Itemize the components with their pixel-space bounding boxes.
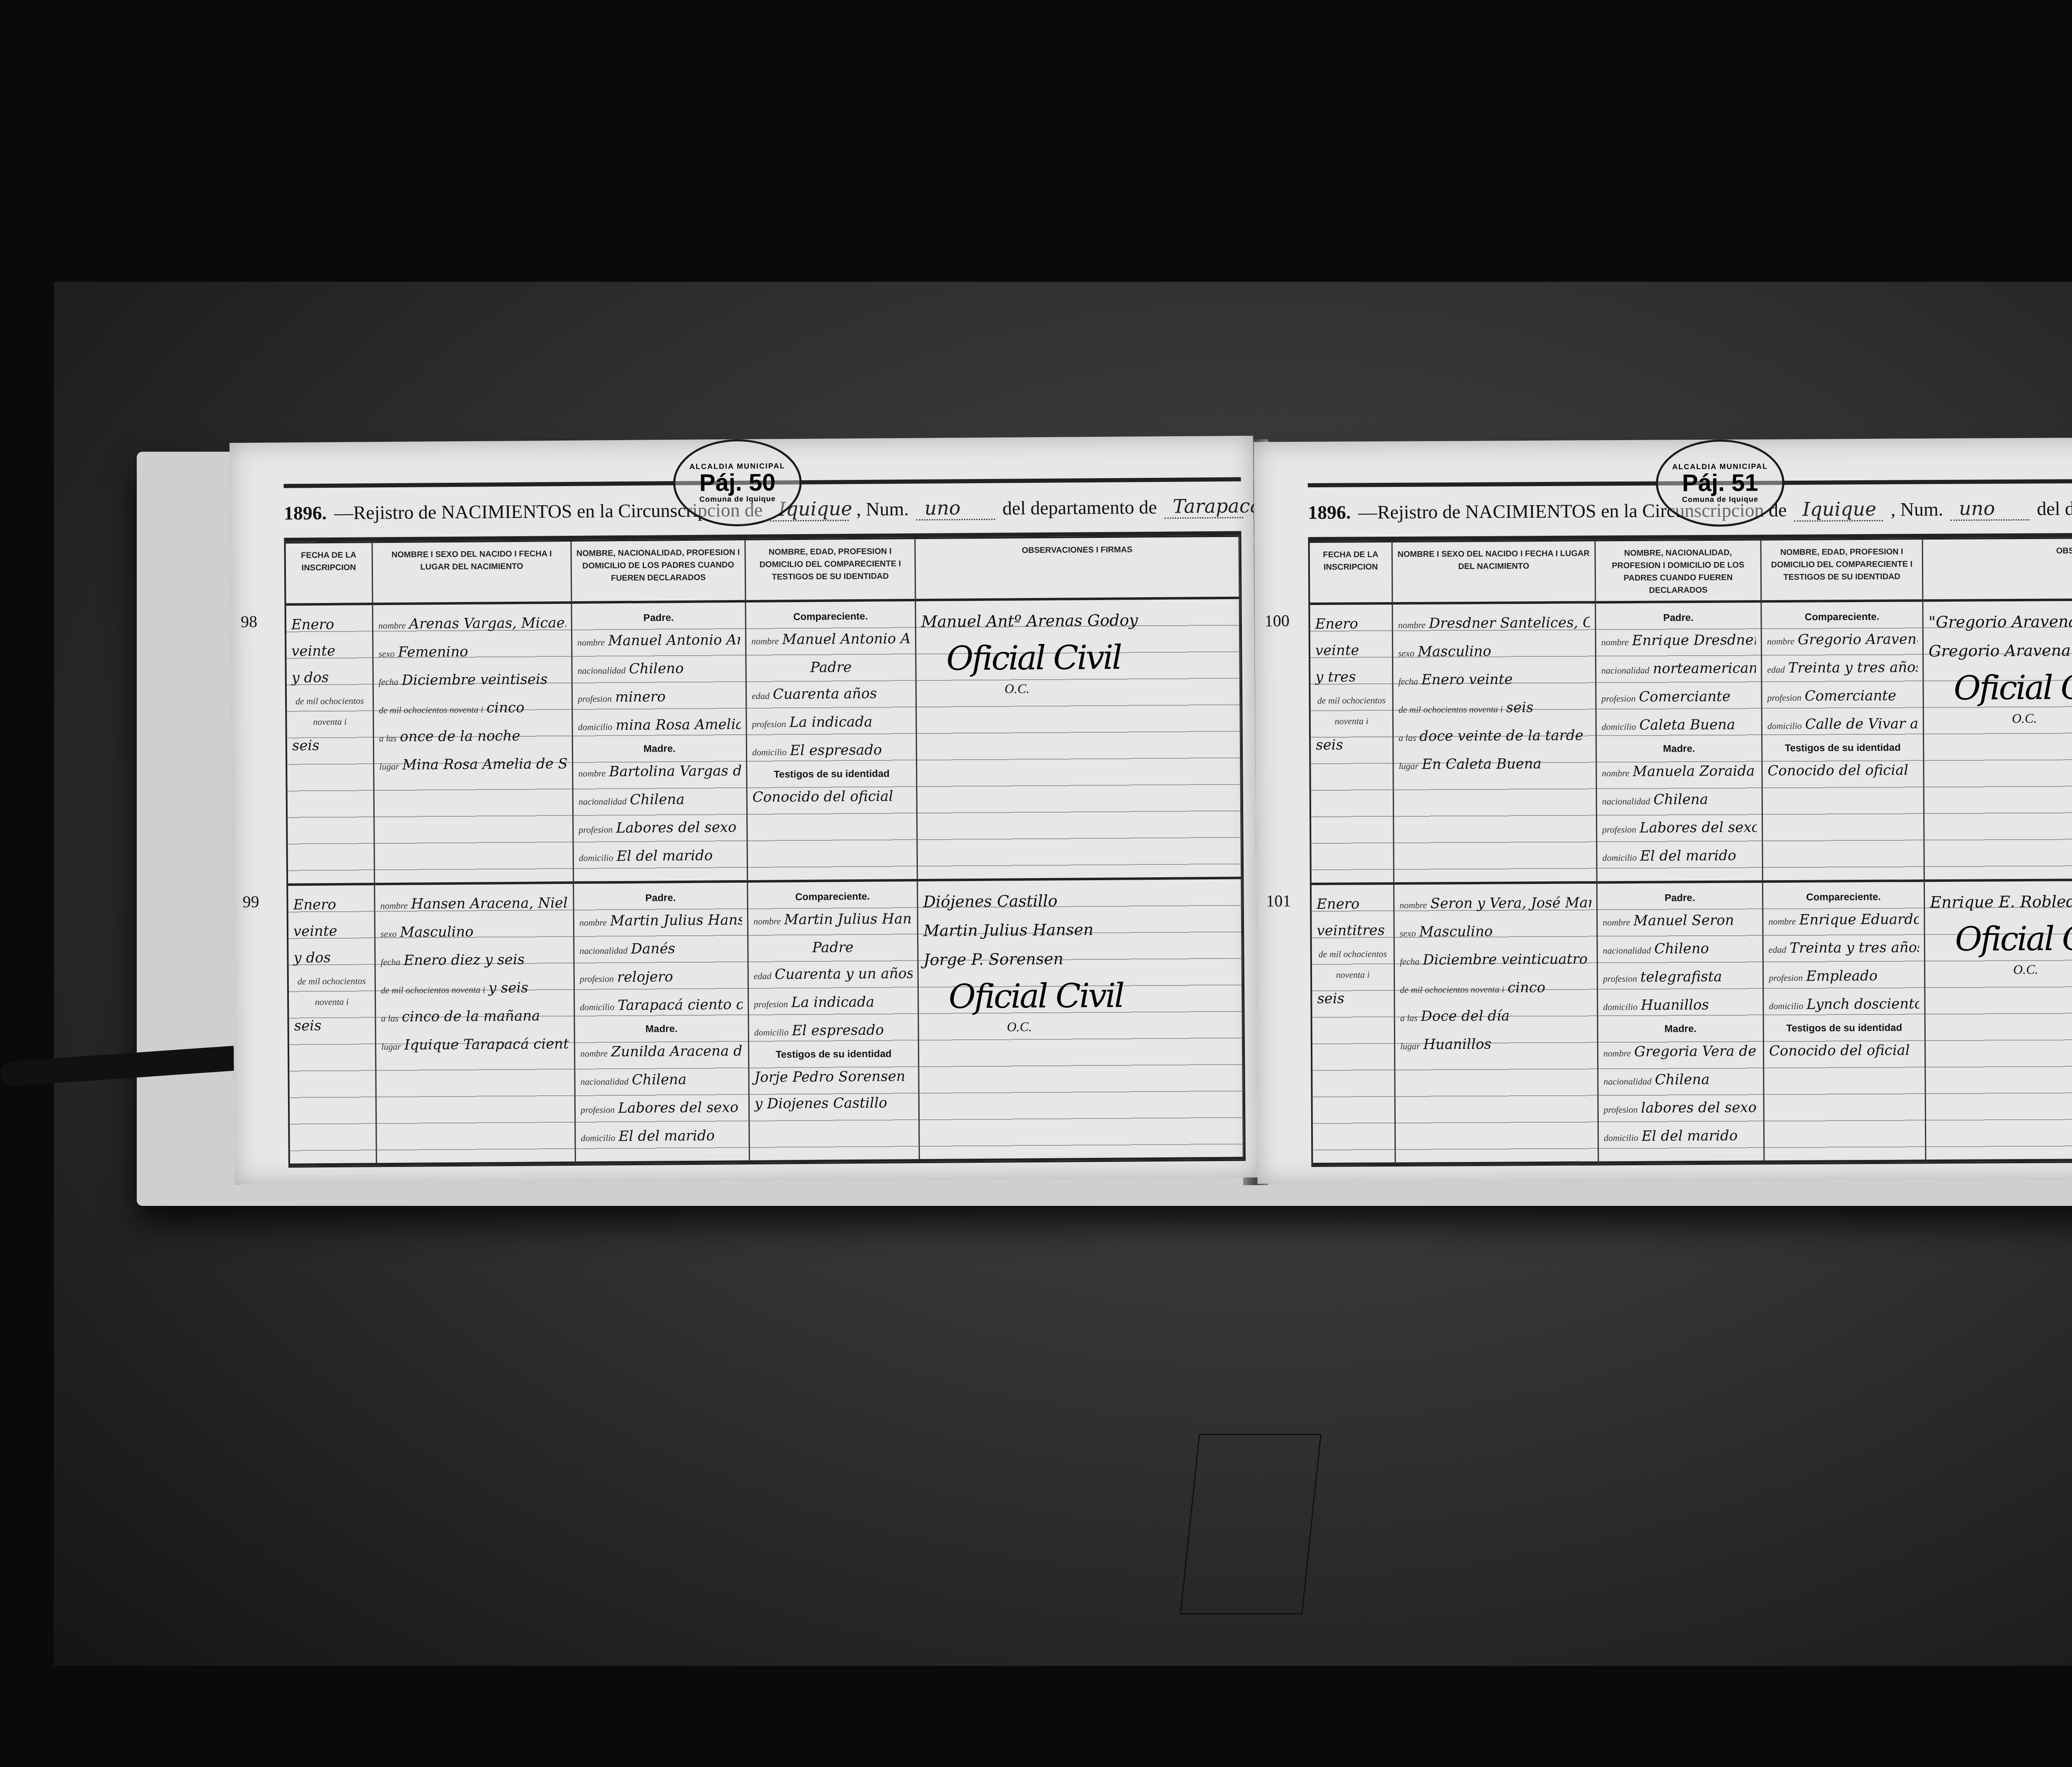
nacido-fecha: fechaDiciembre veinticuatro — [1400, 946, 1592, 975]
madre-profesion-label: profesion — [581, 1104, 615, 1115]
padre-nombre-value: Enrique Dresdner Graupe — [1632, 632, 1756, 649]
padre-nacionalidad-label: nacionalidad — [1601, 665, 1649, 676]
padre-profesion-value: Comerciante — [1639, 688, 1731, 705]
nacido-hora-label: a las — [1399, 733, 1416, 743]
padre-profesion-label: profesion — [578, 693, 612, 704]
madre-nombre-label: nombre — [580, 1048, 608, 1058]
fecha-insc-year: seis — [1316, 731, 1387, 758]
fecha-insc-month: Enero — [291, 611, 367, 638]
fecha-insc-year: seis — [1317, 985, 1389, 1012]
fecha-insc-day: veinte — [1315, 637, 1387, 664]
entry-number: 99 — [242, 892, 259, 911]
nacido-anio-value: cinco — [487, 700, 525, 716]
madre-domicilio: domicilioEl del marido — [579, 842, 742, 871]
madre-domicilio-value: El del marido — [617, 847, 713, 865]
padre-domicilio-label: domicilio — [1603, 1002, 1637, 1012]
nacido-sexo-label: sexo — [380, 929, 397, 939]
padre-nombre: nombreManuel Antonio Arenas Godoi — [577, 627, 740, 656]
nacido-hora-value: cinco de la mañana — [402, 1007, 540, 1025]
official-initials: O.C. — [1007, 1018, 1237, 1035]
madre-nacionalidad-value: Chilena — [632, 1071, 687, 1088]
nacido-anio-label: de mil ochocientos noventa i — [1400, 984, 1504, 995]
testigos-value: Jorje Pedro Sorensen y Diojenes Castillo — [754, 1063, 913, 1117]
compareciente-nombre-label: nombre — [1767, 636, 1795, 646]
padre-domicilio-value: Huanillos — [1641, 997, 1709, 1014]
compareciente-domicilio-label: domicilio — [1767, 721, 1802, 731]
madre-nacionalidad-label: nacionalidad — [579, 796, 627, 807]
padre-profesion-value: relojero — [617, 968, 673, 985]
compareciente-heading: Compareciente. — [1767, 608, 1917, 627]
nacido-anio-label: de mil ochocientos noventa i — [381, 984, 485, 995]
madre-nacionalidad-label: nacionalidad — [1602, 796, 1650, 807]
entry-padres: Padre. nombreManuel Antonio Arenas Godoi… — [572, 603, 748, 884]
surface-mark — [1180, 1434, 1322, 1615]
padre-profesion-label: profesion — [580, 973, 614, 984]
madre-profesion-label: profesion — [579, 824, 612, 835]
nacido-nombre: nombreHansen Aracena, Niels Peter — [380, 890, 568, 919]
compareciente-heading: Compareciente. — [1768, 888, 1919, 907]
padre-nacionalidad: nacionalidadChileno — [1603, 935, 1757, 964]
stamp-page-number: Páj. 50 — [699, 470, 775, 495]
padre-nombre: nombreEnrique Dresdner Graupe — [1601, 627, 1756, 656]
madre-profesion: profesionLabores del sexo — [581, 1094, 743, 1123]
compareciente-relacion: Padre — [751, 654, 910, 681]
nacido-nombre: nombreSeron y Vera, José María — [1399, 889, 1591, 918]
nacido-anio: de mil ochocientos noventa icinco — [1400, 974, 1592, 1003]
entry-padres: Padre. nombreMartin Julius Hansen Johans… — [574, 883, 750, 1164]
nacido-anio: de mil ochocientos noventa iy seis — [381, 974, 569, 1004]
padre-profesion: profesionminero — [578, 683, 741, 712]
nacido-nombre: nombreDresdner Santelices, Oscar Gregori… — [1398, 609, 1590, 638]
nacido-fecha-label: fecha — [1398, 676, 1418, 687]
official-signature: Oficial Civil — [949, 972, 1237, 1020]
official-signature: Oficial Civil — [946, 634, 1234, 682]
right-page: 1896. —Rejistro de NACIMIENTOS en la Cir… — [1254, 436, 2072, 1184]
madre-nacionalidad: nacionalidadChilena — [579, 786, 741, 815]
entry-number: 101 — [1266, 891, 1291, 910]
nacido-sexo-value: Masculino — [1419, 923, 1493, 940]
compareciente-edad-value: Cuarenta años — [773, 685, 877, 703]
fecha-insc-printed: de mil ochocientos noventa i — [1317, 944, 1389, 985]
nacido-nombre-label: nombre — [1398, 620, 1426, 630]
madre-domicilio-label: domicilio — [579, 852, 613, 863]
padre-nombre-label: nombre — [1601, 637, 1629, 647]
padre-nacionalidad-label: nacionalidad — [578, 665, 626, 676]
madre-nacionalidad-value: Chilena — [1653, 791, 1708, 808]
column-header-4: Observaciones i firmas — [915, 537, 1240, 601]
nacido-fecha-label: fecha — [1400, 956, 1420, 967]
compareciente-domicilio-value: Calle de Vivar altos de la Agencia El Có… — [1805, 714, 1918, 733]
compareciente-domicilio: domicilioEl espresado — [752, 736, 911, 766]
nacido-hora-value: once de la noche — [400, 728, 520, 745]
madre-nombre-label: nombre — [578, 768, 606, 778]
madre-profesion-value: labores del sexo — [1641, 1099, 1757, 1116]
entry-observaciones: "Gregorio Aravena" = enmendado vale. Gre… — [1923, 600, 2072, 882]
padre-profesion-label: profesion — [1603, 973, 1637, 984]
compareciente-domicilio: domicilioCalle de Vivar altos de la Agen… — [1767, 710, 1918, 739]
fecha-insc-month: Enero — [293, 891, 369, 918]
padre-nombre-value: Martin Julius Hansen Johansen — [610, 911, 742, 929]
padre-profesion-value: telegrafista — [1640, 968, 1722, 985]
nacido-lugar-label: lugar — [1399, 761, 1418, 771]
fecha-insc-month: Enero — [1317, 891, 1388, 917]
compareciente-edad: edadCuarenta años — [752, 680, 910, 709]
madre-nombre-label: nombre — [1603, 1048, 1631, 1058]
nacido-fecha: fechaEnero veinte — [1398, 666, 1590, 695]
nacido-hora-value: doce veinte de la tarde — [1419, 727, 1583, 745]
madre-nombre-value: Zunilda Aracena de Hansen — [611, 1042, 743, 1060]
nacido-nombre-value: Dresdner Santelices, Oscar Gregorio — [1429, 614, 1590, 632]
padre-nacionalidad-value: norteamericano — [1653, 660, 1756, 677]
entry-compareciente: Compareciente. nombreEnrique Eduardo Rob… — [1763, 882, 1927, 1163]
madre-nacionalidad-value: Chilena — [630, 791, 685, 808]
nacido-anio: de mil ochocientos noventa iseis — [1399, 694, 1590, 723]
compareciente-profesion-label: profesion — [1767, 692, 1801, 703]
nacido-anio: de mil ochocientos noventa icinco — [379, 694, 566, 724]
official-signature: Oficial Civil — [1953, 664, 2072, 711]
padre-heading: Padre. — [1602, 888, 1757, 908]
nacido-nombre: nombreArenas Vargas, Micaela — [378, 610, 566, 639]
padre-domicilio-value: Tarapacá ciento cincuenta y cinco — [617, 995, 743, 1014]
entry-number: 100 — [1264, 611, 1289, 630]
compareciente-domicilio-label: domicilio — [754, 1027, 789, 1038]
official-signature: Oficial Civil — [1955, 915, 2072, 962]
madre-nombre-label: nombre — [1602, 768, 1629, 778]
entry-padres: Padre. nombreManuel Seron nacionalidadCh… — [1598, 883, 1765, 1164]
madre-domicilio-value: El del marido — [1640, 847, 1736, 864]
compareciente-edad-value: Cuarenta y un años — [775, 965, 913, 983]
nacido-anio-value: y seis — [489, 980, 528, 997]
compareciente-nombre-value: Martin Julius Hansen — [784, 910, 912, 928]
padre-domicilio-label: domicilio — [578, 721, 612, 732]
column-header-2: Nombre, nacionalidad, profesion i domici… — [571, 540, 746, 604]
entry-fecha-inscripcion: 99 Enero veinte y dos de mil ochocientos… — [288, 885, 377, 1166]
padre-profesion: profesionComerciante — [1601, 683, 1756, 712]
madre-nacionalidad: nacionalidadChilena — [1602, 786, 1757, 815]
entry-nacido: nombreHansen Aracena, Niels Peter sexoMa… — [375, 884, 576, 1165]
madre-heading: Madre. — [1602, 739, 1756, 758]
column-header-1: Nombre i sexo del nacido i fecha i lugar… — [373, 542, 572, 605]
fecha-insc-day-2: y tres — [1315, 663, 1387, 690]
signature: Jorge P. Sorensen — [923, 943, 1236, 974]
madre-domicilio: domicilioEl del marido — [1602, 842, 1757, 871]
signature: Gregorio Aravena — [1929, 635, 2072, 666]
departamento-value: Tarapacá — [1164, 494, 1243, 518]
padre-domicilio-value: mina Rosa Amelia de Santa Rosa — [616, 715, 741, 733]
testigos-value: Conocido del oficial — [753, 783, 911, 811]
official-initials: O.C. — [2012, 709, 2072, 726]
compareciente-domicilio-label: domicilio — [752, 747, 787, 758]
nacido-lugar: lugarMina Rosa Amelia de Santa Rosa — [379, 750, 567, 780]
dept-label: del departamento de — [2037, 496, 2072, 519]
nacido-lugar-label: lugar — [1400, 1041, 1420, 1051]
dept-label: del departamento de — [1002, 496, 1157, 519]
padre-nombre-label: nombre — [1602, 917, 1630, 927]
compareciente-domicilio: domicilioLynch doscientos cincuenta y tr… — [1769, 990, 1919, 1019]
nacido-sexo: sexoFemenino — [378, 638, 566, 667]
compareciente-profesion-value: Comerciante — [1805, 687, 1896, 704]
madre-nombre: nombreManuela Zoraida Santelices de Dres… — [1602, 758, 1756, 787]
padre-nombre: nombreManuel Seron — [1602, 907, 1757, 936]
madre-nacionalidad: nacionalidadChilena — [580, 1066, 743, 1095]
madre-heading: Madre. — [578, 739, 741, 759]
padre-nombre-label: nombre — [577, 637, 605, 647]
nacido-fecha-value: Enero veinte — [1421, 671, 1513, 688]
nacido-hora: a lasDoce del día — [1400, 1002, 1592, 1031]
madre-nombre-value: Gregoria Vera de Seron — [1634, 1043, 1758, 1060]
padre-heading: Padre. — [1601, 608, 1755, 627]
nacido-lugar-value: Mina Rosa Amelia de Santa Rosa — [402, 755, 567, 773]
compareciente-edad-label: edad — [752, 691, 770, 701]
nacido-anio-value: cinco — [1508, 979, 1546, 996]
column-header-1: Nombre i sexo del nacido i fecha i lugar… — [1393, 541, 1596, 605]
madre-profesion-label: profesion — [1602, 824, 1636, 835]
madre-domicilio-label: domicilio — [1604, 1133, 1638, 1143]
municipal-stamp: ALCALDIA MUNICIPAL Páj. 50 Comuna de Iqu… — [673, 439, 802, 527]
padre-domicilio: domicilioCaleta Buena — [1602, 711, 1756, 740]
column-header-0: Fecha de la inscripcion — [1310, 542, 1393, 605]
padre-domicilio: domicilioTarapacá ciento cincuenta y cin… — [580, 991, 743, 1021]
nacido-lugar: lugarIquique Tarapacá ciento cincuenta y… — [381, 1031, 569, 1060]
column-header-3: Nombre, edad, profesion i domicilio del … — [1762, 540, 1924, 603]
nacido-hora: a lasdoce veinte de la tarde — [1399, 722, 1590, 751]
padre-domicilio-label: domicilio — [580, 1002, 614, 1012]
padre-nacionalidad-value: Danés — [631, 940, 675, 957]
official-initials: O.C. — [2013, 961, 2072, 978]
madre-domicilio: domicilioEl del marido — [1604, 1122, 1758, 1151]
stamp-page-number: Páj. 51 — [1682, 471, 1758, 495]
column-header-2: Nombre, nacionalidad, profesion i domici… — [1596, 540, 1762, 603]
nacido-fecha: fechaEnero diez y seis — [380, 946, 568, 975]
entry-nacido: nombreSeron y Vera, José María sexoMascu… — [1394, 883, 1599, 1165]
testigos-heading: Testigos de su identidad — [752, 765, 911, 784]
padre-domicilio-label: domicilio — [1602, 721, 1636, 732]
nacido-anio-value: seis — [1506, 699, 1533, 716]
nacido-nombre-value: Arenas Vargas, Micaela — [409, 615, 566, 632]
madre-nacionalidad: nacionalidadChilena — [1603, 1066, 1758, 1095]
padre-profesion-label: profesion — [1602, 693, 1636, 704]
compareciente-profesion-label: profesion — [752, 719, 786, 729]
compareciente-edad-value: Treinta y tres años — [1789, 939, 1919, 956]
compareciente-heading: Compareciente. — [753, 887, 912, 907]
fecha-insc-day: veintitres — [1317, 917, 1388, 944]
entry-nacido: nombreDresdner Santelices, Oscar Gregori… — [1393, 603, 1598, 885]
padre-nacionalidad-value: Chileno — [629, 660, 684, 677]
entry-padres: Padre. nombreEnrique Dresdner Graupe nac… — [1596, 603, 1763, 883]
entry-observaciones: Diójenes CastilloMartin Julius HansenJor… — [918, 879, 1244, 1162]
stamp-bottom-text: Comuna de Iquique — [700, 494, 776, 503]
nacido-hora-label: a las — [1400, 1013, 1418, 1023]
madre-domicilio-label: domicilio — [581, 1133, 615, 1143]
compareciente-profesion-label: profesion — [754, 999, 788, 1009]
compareciente-edad-value: Treinta y tres años — [1788, 659, 1918, 676]
testigos-value: Conocido del oficial — [1769, 1037, 1920, 1064]
nacido-sexo: sexoMasculino — [380, 918, 568, 947]
compareciente-domicilio: domicilioEl espresado — [754, 1017, 913, 1046]
entry-fecha-inscripcion: 101 Enero veintitres de mil ochocientos … — [1312, 885, 1396, 1165]
nacido-fecha-label: fecha — [380, 957, 400, 967]
compareciente-nombre-label: nombre — [753, 916, 781, 926]
circunscripcion-value: Iquique — [1794, 497, 1883, 521]
nacido-sexo: sexoMasculino — [1399, 917, 1591, 946]
nacido-sexo: sexoMasculino — [1398, 637, 1590, 666]
official-initials: O.C. — [1005, 680, 1234, 697]
compareciente-edad-label: edad — [1767, 664, 1785, 675]
madre-profesion-value: Labores del sexo — [616, 819, 736, 836]
padre-domicilio: domicilioHuanillos — [1603, 991, 1757, 1020]
register-table: Fecha de la inscripcionNombre i sexo del… — [1308, 536, 2072, 1167]
madre-nacionalidad-label: nacionalidad — [1603, 1076, 1651, 1087]
num-label: , Num. — [856, 498, 909, 520]
padre-heading: Padre. — [579, 888, 742, 908]
compareciente-profesion-value: Empleado — [1806, 968, 1878, 985]
nacido-nombre-label: nombre — [380, 900, 408, 911]
compareciente-profesion: profesionLa indicada — [754, 988, 913, 1018]
observacion-note: "Gregorio Aravena" = enmendado vale. — [1928, 606, 2072, 637]
compareciente-profesion: profesionComerciante — [1767, 682, 1917, 711]
compareciente-nombre-label: nombre — [751, 636, 779, 646]
fecha-insc-year: seis — [294, 1012, 370, 1039]
nacido-anio-label: de mil ochocientos noventa i — [1399, 704, 1503, 715]
madre-domicilio-label: domicilio — [1602, 852, 1637, 863]
padre-profesion: profesionrelojero — [580, 963, 743, 992]
testigos-heading: Testigos de su identidad — [1769, 1019, 1920, 1038]
nacido-sexo-label: sexo — [1399, 928, 1416, 939]
register-year: 1896. — [1308, 501, 1351, 523]
compareciente-profesion-value: La indicada — [791, 994, 874, 1011]
column-header-3: Nombre, edad, profesion i domicilio del … — [746, 539, 916, 603]
entry-observaciones: Manuel Antº Arenas Godoy Oficial Civil O… — [916, 599, 1242, 881]
nacido-lugar-value: En Caleta Buena — [1422, 755, 1542, 773]
left-page: 1896. —Rejistro de NACIMIENTOS en la Cir… — [230, 436, 1258, 1184]
nacido-lugar-value: Huanillos — [1423, 1036, 1491, 1053]
compareciente-edad: edadCuarenta y un años — [754, 960, 913, 990]
fecha-insc-day: veinte — [291, 637, 367, 664]
nacido-nombre-label: nombre — [1399, 900, 1427, 910]
num-value: uno — [1951, 496, 2029, 520]
madre-heading: Madre. — [580, 1019, 743, 1039]
column-header-4: Observaciones i firmas — [1923, 537, 2072, 602]
nacido-sexo-value: Masculino — [400, 924, 474, 941]
signature: Diójenes Castillo — [923, 885, 1236, 916]
fecha-insc-printed: de mil ochocientos noventa i — [1315, 690, 1387, 732]
municipal-stamp: ALCALDIA MUNICIPAL Páj. 51 Comuna de Iqu… — [1656, 439, 1784, 527]
compareciente-nombre: nombreGregorio Aravena, encargado del Pa… — [1767, 626, 1917, 655]
padre-nacionalidad-label: nacionalidad — [1603, 945, 1651, 956]
entry-observaciones: Enrique E. Robledo Oficial Civil O.C. — [1925, 880, 2072, 1162]
testigos-heading: Testigos de su identidad — [1767, 738, 1918, 758]
fecha-insc-month: Enero — [1315, 610, 1387, 637]
madre-profesion: profesionLabores del sexo — [579, 814, 741, 843]
num-value: uno — [916, 496, 995, 520]
stamp-bottom-text: Comuna de Iquique — [1682, 495, 1758, 504]
compareciente-edad-label: edad — [754, 971, 772, 981]
padre-nacionalidad-value: Chileno — [1654, 940, 1709, 957]
madre-nombre: nombreBartolina Vargas de Arenas — [578, 758, 741, 787]
nacido-nombre-value: Seron y Vera, José María — [1430, 894, 1591, 912]
entry-nacido: nombreArenas Vargas, Micaela sexoFemenin… — [373, 604, 574, 885]
nacido-lugar: lugarHuanillos — [1400, 1030, 1592, 1059]
fecha-insc-year: seis — [292, 732, 368, 759]
compareciente-nombre: nombreEnrique Eduardo Robledo Torres, En… — [1768, 906, 1919, 935]
compareciente-edad: edadTreinta y tres años — [1769, 934, 1919, 963]
entry-number: 98 — [241, 612, 257, 631]
compareciente-nombre: nombreManuel Antonio Arenas G. — [751, 625, 910, 655]
testigos-value: Conocido del oficial — [1767, 757, 1918, 784]
padre-nombre-label: nombre — [579, 917, 607, 927]
nacido-nombre-label: nombre — [378, 620, 406, 631]
num-label: , Num. — [1891, 498, 1944, 520]
nacido-hora-value: Doce del día — [1421, 1007, 1510, 1024]
madre-heading: Madre. — [1603, 1019, 1758, 1038]
nacido-lugar-value: Iquique Tarapacá ciento cincuenta y cinc… — [404, 1035, 569, 1053]
signature: Martin Julius Hansen — [923, 914, 1236, 945]
nacido-lugar-label: lugar — [381, 1041, 401, 1052]
madre-domicilio-value: El del marido — [618, 1128, 714, 1145]
entry-compareciente: Compareciente. nombreGregorio Aravena, e… — [1762, 602, 1925, 883]
nacido-hora-label: a las — [379, 733, 397, 743]
madre-domicilio: domicilioEl del marido — [581, 1122, 743, 1152]
entry-fecha-inscripcion: 100 Enero veinte y tres de mil ochocient… — [1310, 605, 1394, 885]
padre-nombre-value: Manuel Antonio Arenas Godoi — [608, 631, 740, 649]
padre-nacionalidad-label: nacionalidad — [579, 945, 627, 956]
compareciente-nombre-label: nombre — [1768, 916, 1796, 927]
madre-profesion-value: Labores del sexo — [1639, 819, 1757, 836]
nacido-sexo-label: sexo — [378, 649, 395, 659]
compareciente-nombre-value: Gregorio Aravena, encargado del Padre — [1798, 630, 1917, 648]
compareciente-relacion: Padre — [753, 934, 912, 961]
madre-profesion-label: profesion — [1604, 1104, 1638, 1115]
nacido-sexo-label: sexo — [1398, 648, 1414, 658]
madre-domicilio-value: El del marido — [1641, 1128, 1738, 1145]
padre-nacionalidad: nacionalidadnorteamericano — [1601, 655, 1756, 684]
fecha-insc-day-2: y dos — [293, 944, 369, 971]
madre-nombre-value: Manuela Zoraida Santelices de Dresdner — [1633, 762, 1757, 780]
register-table: Fecha de la inscripcionNombre i sexo del… — [284, 535, 1245, 1168]
padre-nombre-value: Manuel Seron — [1634, 912, 1734, 929]
nacido-sexo-value: Femenino — [398, 644, 468, 661]
compareciente-profesion: profesionLa indicada — [752, 708, 910, 738]
nacido-fecha-label: fecha — [379, 677, 399, 687]
nacido-sexo-value: Masculino — [1418, 643, 1491, 660]
nacido-hora: a lascinco de la mañana — [381, 1002, 569, 1032]
padre-nombre: nombreMartin Julius Hansen Johansen — [579, 907, 742, 936]
padre-heading: Padre. — [577, 608, 740, 628]
padre-nacionalidad: nacionalidadDanés — [579, 935, 742, 964]
padre-domicilio-value: Caleta Buena — [1639, 716, 1735, 733]
compareciente-edad: edadTreinta y tres años — [1767, 654, 1917, 683]
madre-profesion: profesionLabores del sexo — [1602, 814, 1757, 843]
entry-compareciente: Compareciente. nombreManuel Antonio Aren… — [746, 601, 918, 883]
compareciente-nombre: nombreMartin Julius Hansen — [753, 905, 912, 935]
madre-nombre-value: Bartolina Vargas de Arenas — [609, 762, 741, 780]
padre-profesion: profesiontelegrafista — [1603, 963, 1757, 992]
compareciente-domicilio-label: domicilio — [1769, 1001, 1803, 1011]
nacido-fecha-value: Diciembre veinticuatro — [1423, 951, 1588, 968]
compareciente-domicilio-value: El espresado — [792, 1022, 884, 1039]
compareciente-nombre-value: Manuel Antonio Arenas G. — [782, 630, 910, 648]
madre-nacionalidad-value: Chilena — [1655, 1071, 1709, 1088]
madre-nombre: nombreGregoria Vera de Seron — [1603, 1038, 1758, 1067]
entry-compareciente: Compareciente. nombreMartin Julius Hanse… — [748, 881, 920, 1163]
fecha-insc-day: veinte — [293, 917, 369, 944]
compareciente-profesion-value: La indicada — [789, 714, 873, 731]
entry-fecha-inscripcion: 98 Enero veinte y dos de mil ochocientos… — [286, 605, 375, 886]
register-year: 1896. — [284, 502, 327, 524]
fecha-insc-day-2: y dos — [292, 664, 368, 691]
nacido-anio-label: de mil ochocientos noventa i — [379, 704, 483, 715]
padre-nacionalidad: nacionalidadChileno — [577, 655, 740, 684]
